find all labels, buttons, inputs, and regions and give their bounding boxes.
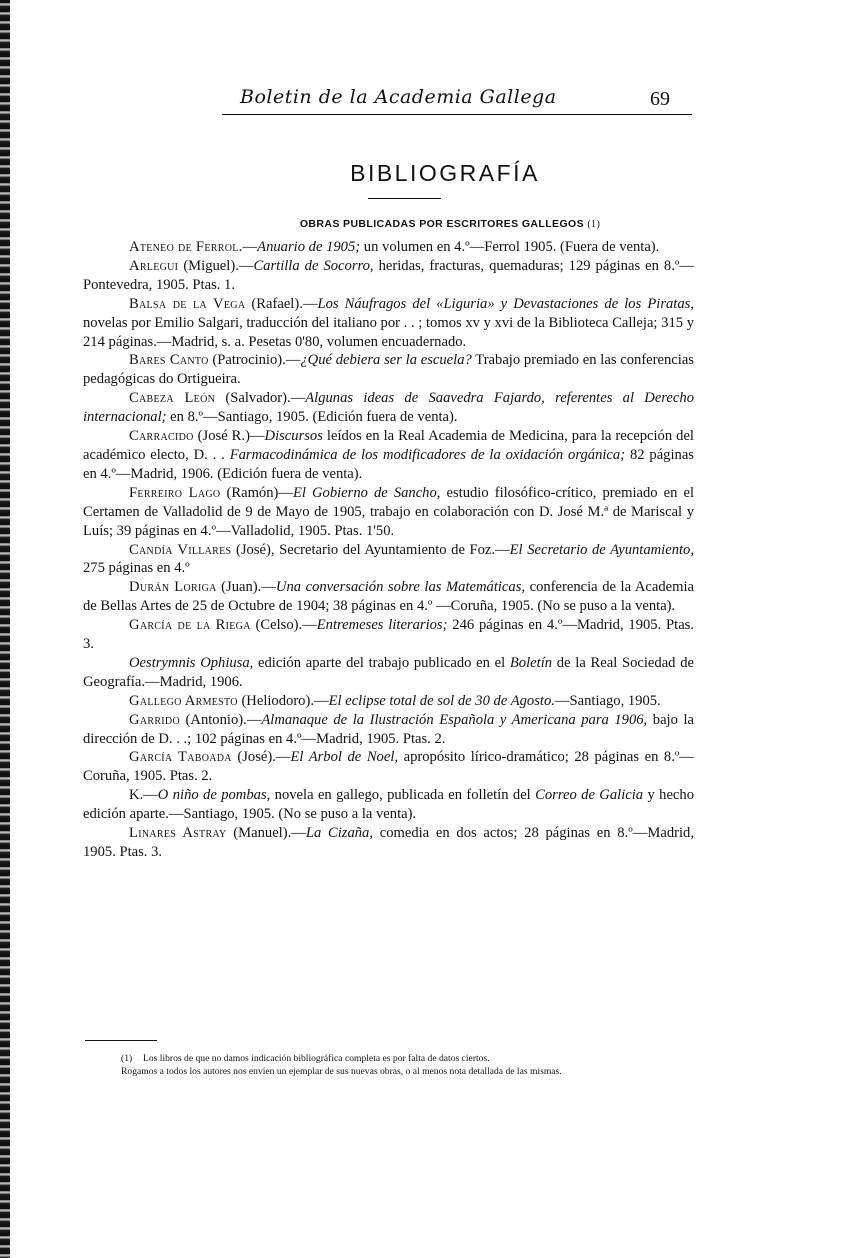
- entry-details: novela en gallego, publicada en folletín…: [270, 787, 535, 803]
- bibliography-entry: Bares Canto (Patrocinio).—¿Qué debiera s…: [83, 351, 694, 389]
- entry-text: —: [243, 239, 258, 255]
- entry-title: Los Náufragos del «Liguria» y Devastacio…: [317, 296, 694, 312]
- footnotes: (1)Los libros de que no damos indicación…: [83, 1053, 694, 1078]
- subtitle-text: OBRAS PUBLICADAS POR ESCRITORES GALLEGOS: [300, 218, 584, 230]
- entry-title: Anuario de 1905;: [257, 239, 360, 255]
- entry-title: El Secretario de Ayuntamiento,: [510, 542, 694, 558]
- entry-author: Ateneo de Ferrol.: [129, 239, 243, 255]
- entry-title: Discursos: [265, 428, 323, 444]
- entry-text: (José), Secretario del Ayuntamiento de F…: [231, 542, 509, 558]
- entry-details: en 8.º—Santiago, 1905. (Edición fuera de…: [167, 409, 458, 425]
- entry-author: Durán Loriga: [129, 579, 217, 595]
- running-header: Boletin de la Academia Gallega 69: [222, 84, 692, 115]
- entry-author: Cabeza León: [129, 390, 215, 406]
- footnote-continuation: Rogamos a todos los autores nos envíen u…: [83, 1066, 694, 1079]
- entry-title: El Gobierno de Sancho,: [293, 485, 440, 501]
- entry-title: Almanaque de la Ilustración Española y A…: [261, 712, 647, 728]
- entry-text: (Miguel).—: [178, 258, 253, 274]
- bibliography-entry: Ferreiro Lago (Ramón)—El Gobierno de San…: [83, 484, 694, 541]
- entry-author: Candía Villares: [129, 542, 231, 558]
- entry-details: —Santiago, 1905.: [555, 693, 661, 709]
- entry-details: novelas por Emilio Salgari, traducción d…: [83, 315, 694, 350]
- bibliography-entry: Linares Astray (Manuel).—La Cizaña, come…: [83, 824, 694, 862]
- journal-title: Boletin de la Academia Gallega: [240, 86, 557, 108]
- bibliography-entry: Oestrymnis Ophiusa, edición aparte del t…: [83, 654, 694, 692]
- entry-author: Carracido: [129, 428, 194, 444]
- entry-author: Balsa de la Vega: [129, 296, 245, 312]
- entry-title: Entremeses literarios;: [317, 617, 448, 633]
- entry-text: (Juan).—: [217, 579, 276, 595]
- entry-title: ¿Qué debiera ser la escuela?: [300, 352, 471, 368]
- entry-author: Arlegui: [129, 258, 178, 274]
- entry-author: Ferreiro Lago: [129, 485, 220, 501]
- footnote-mark: (1): [121, 1053, 143, 1066]
- entry-title: El Arbol de Noel,: [290, 749, 398, 765]
- entry-text: (Patrocinio).—: [209, 352, 301, 368]
- entry-details: un volumen en 4.º—Ferrol 1905. (Fuera de…: [360, 239, 659, 255]
- bibliography-entry: Garrido (Antonio).—Almanaque de la Ilust…: [83, 711, 694, 749]
- entry-title: O niño de pombas,: [158, 787, 270, 803]
- bibliography-entry: García Taboada (José).—El Arbol de Noel,…: [83, 748, 694, 786]
- entry-text: (Salvador).—: [215, 390, 305, 406]
- entry-details: edición aparte del trabajo publicado en …: [253, 655, 510, 671]
- bibliography-entry: Durán Loriga (Juan).—Una conversación so…: [83, 578, 694, 616]
- footnote: (1)Los libros de que no damos indicación…: [83, 1053, 694, 1066]
- footnote-reference: (1): [587, 219, 600, 230]
- entry-title-secondary: Boletín: [510, 655, 552, 671]
- entry-title: El eclipse total de sol de 30 de Agosto.: [329, 693, 555, 709]
- bibliography-entry: K.—O niño de pombas, novela en gallego, …: [83, 786, 694, 824]
- bibliography-entry: Carracido (José R.)—Discursos leídos en …: [83, 427, 694, 484]
- entry-title: La Cizaña,: [306, 825, 373, 841]
- entry-text: (Celso).—: [251, 617, 317, 633]
- bibliography-entry: Balsa de la Vega (Rafael).—Los Náufragos…: [83, 295, 694, 352]
- book-page: Boletin de la Academia Gallega 69 BIBLIO…: [0, 0, 850, 1258]
- bibliography-entry: Candía Villares (José), Secretario del A…: [83, 541, 694, 579]
- entry-text: K.—: [129, 787, 158, 803]
- bibliography-entry: Ateneo de Ferrol.—Anuario de 1905; un vo…: [83, 238, 694, 257]
- bibliography-entry: Gallego Armesto (Heliodoro).—El eclipse …: [83, 692, 694, 711]
- entry-title: Oestrymnis Ophiusa,: [129, 655, 253, 671]
- bibliography-entry: Cabeza León (Salvador).—Algunas ideas de…: [83, 389, 694, 427]
- entry-text: (Ramón)—: [220, 485, 293, 501]
- section-subtitle: OBRAS PUBLICADAS POR ESCRITORES GALLEGOS…: [0, 218, 850, 230]
- entry-author: Garrido: [129, 712, 180, 728]
- entry-text: (Manuel).—: [227, 825, 306, 841]
- footnote-divider: [85, 1040, 157, 1041]
- entry-text: (Antonio).—: [180, 712, 261, 728]
- entry-author: Gallego Armesto: [129, 693, 238, 709]
- entry-title-secondary: Correo de Galicia: [535, 787, 643, 803]
- page-number: 69: [650, 88, 670, 111]
- entry-author: Bares Canto: [129, 352, 209, 368]
- entry-title: Una conversación sobre las Matemáticas,: [276, 579, 525, 595]
- entry-text: (José R.)—: [194, 428, 265, 444]
- bibliography-entry: Arlegui (Miguel).—Cartilla de Socorro, h…: [83, 257, 694, 295]
- entry-title-secondary: Farmacodinámica de los modificadores de …: [230, 447, 625, 463]
- bibliography-list: Ateneo de Ferrol.—Anuario de 1905; un vo…: [83, 238, 694, 862]
- entry-title: Cartilla de Socorro,: [253, 258, 373, 274]
- entry-author: García Taboada: [129, 749, 232, 765]
- entry-text: (Rafael).—: [245, 296, 317, 312]
- entry-details: 275 páginas en 4.º: [83, 560, 190, 576]
- entry-author: García de la Riega: [129, 617, 251, 633]
- entry-text: (José).—: [232, 749, 291, 765]
- entry-author: Linares Astray: [129, 825, 227, 841]
- bibliography-entry: García de la Riega (Celso).—Entremeses l…: [83, 616, 694, 654]
- title-divider: [368, 198, 441, 199]
- footnote-text: Los libros de que no damos indicación bi…: [143, 1053, 490, 1064]
- section-title: BIBLIOGRAFÍA: [0, 160, 850, 187]
- entry-text: (Heliodoro).—: [238, 693, 329, 709]
